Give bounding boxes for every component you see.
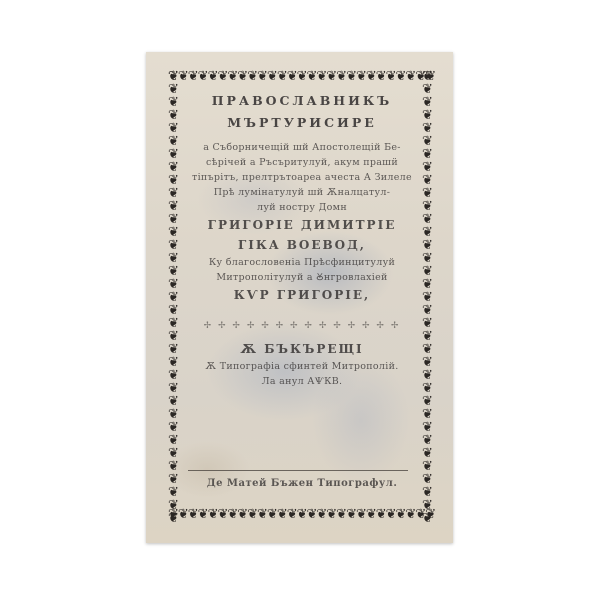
horizontal-rule <box>188 470 408 471</box>
title-line: ГІКА ВОЕВОД, <box>182 235 422 255</box>
ornament-right-column: ❦❦❦❦❦❦❦❦❦❦❦❦❦❦❦❦❦❦❦❦❦❦❦❦❦❦❦❦❦❦❦❦❦❦❦❦❦❦❦❦ <box>422 70 436 522</box>
title-line: ГРИГОРІЕ ДИМИТРІЕ <box>182 215 422 235</box>
ornament-bottom-row: ❦❦❦❦❦❦❦❦❦❦❦❦❦❦❦❦❦❦❦❦❦❦❦❦❦❦❦❦❦❦ <box>168 508 436 522</box>
title-line: МЪРТУРИСИРЕ <box>182 112 422 134</box>
book-title-page: ❦❦❦❦❦❦❦❦❦❦❦❦❦❦❦❦❦❦❦❦❦❦❦❦❦❦❦❦❦❦ ❦❦❦❦❦❦❦❦❦… <box>146 52 453 543</box>
printer-footer: Де Матей Бъжен Типографул. <box>182 476 422 491</box>
title-line: Ку благословеніа Прѣсфинцитулуй <box>182 255 422 270</box>
title-line: Митрополітулуй а Ꙋнгровлахіей <box>182 270 422 285</box>
ornament-left-column: ❦❦❦❦❦❦❦❦❦❦❦❦❦❦❦❦❦❦❦❦❦❦❦❦❦❦❦❦❦❦❦❦❦❦❦❦❦❦❦❦ <box>168 70 182 522</box>
title-line: ПРАВОСЛАВНИКЪ <box>182 90 422 112</box>
title-line: Ѫ Типографіа сфинтей Митрополій. <box>182 359 422 374</box>
title-line: Ѫ БЪКЪРЕЩІ <box>182 339 422 359</box>
title-line: луй ностру Домн <box>182 200 422 215</box>
title-line: КѴР ГРИГОРІЕ, <box>182 285 422 305</box>
title-line: тіпърітъ, прелтрътоареа ачеста А Зилеле <box>182 170 422 185</box>
title-text-block: ПРАВОСЛАВНИКЪМЪРТУРИСИРЕа Съборничещій ш… <box>182 90 422 389</box>
title-line: Прѣ лумінатулуй шй Ѫналцатул- <box>182 185 422 200</box>
ornament-top-row: ❦❦❦❦❦❦❦❦❦❦❦❦❦❦❦❦❦❦❦❦❦❦❦❦❦❦❦❦❦❦ <box>168 70 436 84</box>
ornament-divider: ✢ ✢ ✢ ✢ ✢ ✢ ✢ ✢ ✢ ✢ ✢ ✢ ✢ ✢ <box>182 319 422 333</box>
title-line: сѣрічей а Ръсъритулуй, акум прашӥ <box>182 155 422 170</box>
title-line: а Съборничещій шй Апостолещій Бе- <box>182 140 422 155</box>
title-line: Ла анул АѰКВ. <box>182 374 422 389</box>
